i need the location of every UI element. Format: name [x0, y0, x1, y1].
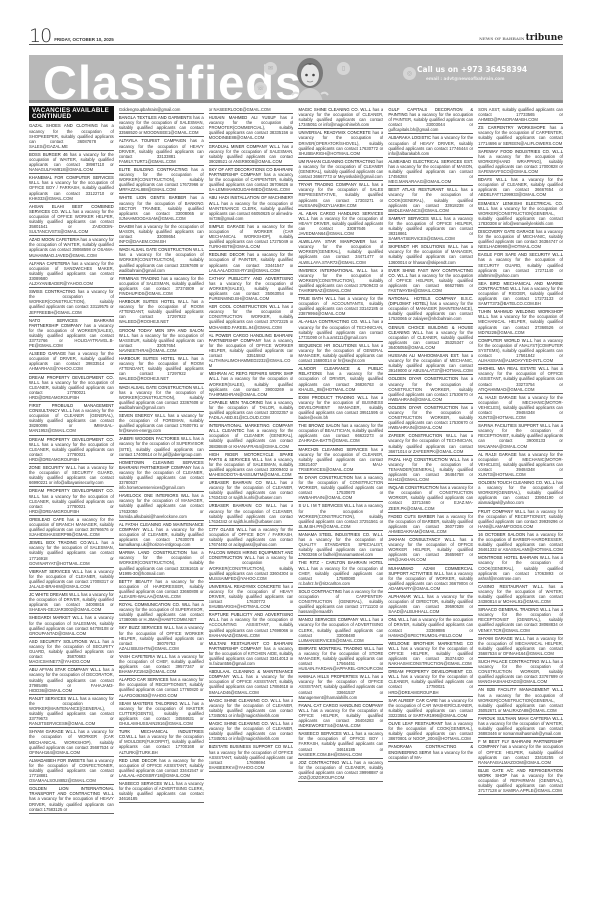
classified-ad: AN B2B FACILITY MANAGEMENT W.L.L has a v… — [478, 686, 563, 714]
classified-ad: HUSSAIN ALI MAHOOMASAN EST. has a vacanc… — [388, 352, 473, 375]
classified-ad: FIRST PROBUILD MANAGEMENT CONSULTANCY W.… — [29, 402, 114, 436]
classified-ad: NASEECO SERVICES W.L.L has a vacancy for… — [119, 780, 204, 803]
classified-ad: BLUE GATE A/C AND REFRIGERATION WORK SHO… — [478, 767, 563, 795]
classified-ad: ALSEED GARAGE has a vacancy for the occu… — [29, 350, 114, 373]
classified-ad: Goldengroupbahrain@gmail.com — [119, 106, 204, 114]
classified-ad: AL POWER CARGO HANDLING BAHRAINI PARTNER… — [209, 332, 294, 371]
classified-ad: TRUE BATH W.L.L has a vacancy for the oc… — [298, 295, 383, 318]
classified-ad: GOLDEN TOUCH CLEANING CO. W.L.L has a va… — [478, 479, 563, 507]
classified-ad: JEWEL BOX TRADING CO.W.L.L has a vacancy… — [29, 539, 114, 567]
email-text: email : advt@newsofbahrain.com — [426, 76, 505, 81]
classified-ad: REDLINE DECOR has a vacancy for the occu… — [209, 251, 294, 274]
classified-ad: RANJIT SERVICES W.L.L has a vacancy for … — [29, 695, 114, 729]
ad-body: has a vacancy for the occupation of OFFI… — [209, 338, 294, 368]
classified-ad: ABU AFYAN STAR COMPANY W.L.L has a vacan… — [29, 666, 114, 694]
classified-ad: NATO SERVICES BAHRAINI PARTNERSHIP COMPA… — [29, 317, 114, 351]
classified-ad: VIBRANT SERVICES W.L.L has a vacancy for… — [29, 568, 114, 591]
masthead-right: NEWS OF BAHRAINtribune — [281, 28, 563, 45]
classified-ad: DREAM PROPERTY DEVELOPMENT CO. W.L.L has… — [29, 374, 114, 402]
classified-ad: SKY BUZZ SERVICES W.L.L has a vacancy fo… — [119, 624, 204, 652]
phone-icon: ▯ — [337, 62, 350, 75]
classified-ad: EMIRATE MONTREAL TRADING W.L.L has a vac… — [298, 645, 383, 673]
banner-strip — [29, 100, 563, 103]
classified-ad: WELDONE BROTHER MARKETING CO W.L.L has a… — [388, 640, 473, 668]
classified-ad: GULF CAPITALS DECORATION & PAINTING has … — [388, 106, 473, 134]
classified-ad: ALFANA CAFETERIA has a vacancy for the o… — [29, 260, 114, 288]
masthead: 10 FRIDAY, OCTOBER 10, 2025 — [29, 28, 281, 45]
classified-ad: MAGIC SHINE CLEANING CO. W.L.L has a vac… — [209, 697, 294, 720]
column-4: MAGIC SHINE CLEANING CO. W.L.L has a vac… — [298, 106, 383, 881]
classified-ad: Fruit Company W.L.L has a vacancy for th… — [478, 508, 563, 531]
ad-body: has a vacancy for the occupation of WORK… — [119, 252, 204, 272]
classified-ad: TUHIN MAHMUD WELDING WORKSHOP W.L.L has … — [478, 308, 563, 336]
classified-ad: BANGLA TEXTILES AND GARMENTS has a vacan… — [119, 114, 204, 137]
classified-ad: GOLDEN LION INTERNATIONAL TRANSPORT AND … — [29, 785, 114, 813]
page-number: 10 — [29, 28, 51, 44]
classified-ad: HARBOUR SUITES HOTEL W.L.L has a vacancy… — [119, 298, 204, 326]
classified-ad: HUSAIN MAHMED ALI YUSUF has a vacancy fo… — [209, 114, 294, 142]
classified-ad: FALCON WINGS HIRING EQUIPMENT AND CONSTR… — [209, 549, 294, 583]
ad-body: has a vacancy for the occupation of HEAV… — [298, 216, 383, 236]
column-6: SON ASST, suitably qualified applicants … — [478, 106, 563, 881]
classified-ad: 16 OCTOBER SALOON has a vacancy for the … — [478, 531, 563, 554]
classified-ad: AER COOL CONSTRUCTION W.L.L has a vacanc… — [209, 303, 294, 331]
classified-ad: FAROUK SULTHAN MIAH CAFTERIA W.L.L has a… — [478, 715, 563, 738]
classified-ad: SAMRAT SERVICES W.L.L has a vacancy for … — [388, 215, 473, 243]
classified-ad: ZS CARPENTRY WORKSHOPE has a vacancy for… — [478, 124, 563, 147]
classified-ad: THE RITZ - CARLTON BAHRAIN HOTEL W.L.L h… — [298, 559, 383, 587]
classified-ad: ALTAYILA TOURIST CAMPAIGN has a vacancy … — [119, 137, 204, 165]
classifieds-columns: VACANCIES AVAILABLE CONTINUED GAZAL SHOE… — [29, 106, 563, 881]
classified-ad: AL RAJJI GARAGE has a vacancy for the oc… — [478, 451, 563, 479]
ad-body: has a vacancy for the occupation of WORK… — [119, 390, 204, 410]
column-1: VACANCIES AVAILABLE CONTINUED GAZAL SHOE… — [29, 106, 114, 881]
classified-ad: MARCH25 CLEANING SERVICES has a vacancy … — [298, 446, 383, 474]
classified-ad: Havelock One Interiors WLL has a vacancy… — [119, 492, 204, 520]
ad-body: has a vacancy for the occupation of ACCO… — [209, 617, 294, 637]
classified-ad: INQLAB CONSTRUCTION has a vacancy for th… — [388, 484, 473, 512]
ad-body: has a vacancy for the occupation of OFFI… — [388, 646, 473, 666]
classified-ad: WADI ALSAIL GATE CONSTRUCTION W.L.L has … — [119, 384, 204, 412]
call-text: Call us on +973 36458394 — [417, 65, 527, 74]
classified-ad: S U L I M T SERVICES W.L.L has a vacancy… — [298, 502, 383, 530]
classified-ad: SHEGARDI MARKET W.L.L has a vacancy for … — [29, 614, 114, 637]
classified-ad: FAWAL CAT CARGO HANDLING COMPANY W.L.L h… — [298, 702, 383, 730]
classified-ad: MUHAMMAD AZAM COMMERCIAL SUPPORT ACTIVIT… — [388, 565, 473, 593]
classified-ad: TRYAR TRADING COMPANY W.L.L has a vacanc… — [298, 181, 383, 209]
classified-ad: HAMALA HILLS PROPERTIES W.L.L has a vaca… — [298, 673, 383, 701]
classified-ad: SEA BIRD MECHANICAL AND MARINE CONTRACTI… — [478, 280, 563, 308]
classified-ad: ALPHANAR W.L.L has a vacancy for the occ… — [388, 593, 473, 616]
classified-ad: JAKHAN CONSULTANCY W.L.L has a vacancy f… — [388, 536, 473, 564]
classified-ad: SHYAM GARAGE W.L.L has a vacancy for the… — [478, 635, 563, 658]
classified-ad: FIRMINAS TRADING has a vacancy for the o… — [119, 275, 204, 298]
classified-ad: CITY GLASS W.L.L has a vacancy for the o… — [209, 526, 294, 549]
classified-ad: CATHAY PUBLICITY AND ADVERTISING has a v… — [209, 275, 294, 303]
classified-ad: ALAFDO CAR SERVICES has a vacancy for th… — [119, 676, 204, 699]
classified-ad: MEHRAN AC REFG REPAIRS WORK SHIP W.L.L h… — [209, 370, 294, 398]
web-icon: ◎ — [403, 67, 416, 80]
brand-logo: NEWS OF BAHRAINtribune — [479, 33, 563, 43]
classified-ad: SIMPLE GARAGE has a vacancy for the occu… — [209, 223, 294, 251]
classified-ad: DREAM PROPERTY DEVELOPMENT CO. W.L.L has… — [29, 487, 114, 515]
ad-body: SON ASST, suitably qualified applicants … — [478, 107, 563, 122]
ad-body: Goldengroupbahrain@gmail.com — [119, 107, 181, 112]
classified-ad: HIGH RIDER MOTORCYCLE SPARE PARTS & SERV… — [209, 451, 294, 479]
classified-ad: YASH CAFETERIA W.L.L has a vacancy for t… — [119, 653, 204, 676]
classified-ad: EAGLE FOR SAFE AND SECURITY W.L.L has a … — [478, 251, 563, 279]
column-2: Goldengroupbahrain@gmail.comBANGLA TEXTI… — [119, 106, 204, 881]
classified-ad: AZAD MOON CAFETERIA has a vacancy for th… — [29, 236, 114, 259]
classified-ad: SEQUENCE HR SOLUTIONS W.L.L has a vacanc… — [298, 342, 383, 365]
classifieds-banner: Classifieds ✉ ☏ ▯ ◎ Call us on +973 3645… — [29, 55, 563, 103]
ad-body: has a vacancy for the occupation of CLEA… — [29, 380, 114, 400]
classified-ad: FAZAL HAQ CONSTRUCTION W.L.L has a vacan… — [388, 456, 473, 484]
ad-body: has a vacancy for the occupation of MECH… — [478, 314, 563, 334]
classified-ad: OREILEAD CAFE has a vacancy for the occu… — [29, 516, 114, 539]
email-icon: ✉ — [264, 62, 277, 75]
classified-ad: BOSS BURGER 46 has a vacancy for the occ… — [29, 151, 114, 174]
ad-body: has a vacancy for the occupation of WORK… — [209, 376, 294, 396]
classified-ad: RED LINE DECOR has a vacancy for the occ… — [119, 757, 204, 780]
classified-ad: MULTANI RESTAURANT CO BAHRAINI PARTNERSH… — [209, 640, 294, 668]
classified-ad: INTERNATIONAL MARKETING COMPANY W.L.L CL… — [209, 422, 294, 450]
classified-ad: in Diyar construction has a vacancy for … — [298, 474, 383, 502]
ad-body: has a vacancy for the occupation of WORK… — [209, 281, 294, 301]
classified-ad: SAFINA FACILITIES SUPPORT W.L.L has a va… — [478, 422, 563, 450]
classified-ad: JC WHITE DREAMS W.L.L has a vacancy for … — [29, 591, 114, 614]
classified-ad: MANOJ SERVICES COMPANY W.L.L has a vacan… — [298, 616, 383, 644]
classified-ad: Royal Communication Co. WLL has a vacanc… — [119, 601, 204, 624]
whatsapp-icon: ☏ — [254, 82, 267, 95]
classified-ad: ZONE SECURITY W.L.L has a vacancy for th… — [29, 464, 114, 487]
classified-ad: UM RAHAN CLEANING CONTRACTING has a vaca… — [298, 158, 383, 181]
classified-ad: HOMETOWN CLEANING SERVICES BAHRAINI PART… — [119, 459, 204, 493]
classified-ad: RAPTURE PUBLICITY AND ADVERTISING W.L.L … — [209, 611, 294, 639]
classified-ad: INVEREX INTERNATIONAL W.L.L has a vacanc… — [298, 267, 383, 295]
ad-body: has a vacancy for the occupation of WORK… — [29, 696, 114, 726]
banner-title: Classifieds — [43, 58, 302, 103]
classified-ad: Swiss contracting has a vacancy for the … — [29, 288, 114, 316]
ad-body: has a vacancy for the occupation of WAIT… — [478, 721, 563, 736]
ad-body: or NASEERLOOE@GMAIL.COM — [209, 107, 271, 112]
classified-ad: CASINO RESTAURANT W.L.L has a vacancy fo… — [478, 583, 563, 606]
classified-ad: WHITE LION GENTS BARBER has a vacancy fo… — [119, 194, 204, 222]
advertiser-name: GOLDEN LION INTERNATIONAL TRANSPORT AND … — [29, 786, 114, 796]
ad-body: has a vacancy for the occupation of CLEA… — [29, 494, 114, 514]
brand-name: tribune — [526, 33, 563, 43]
classified-ad: JABERI WOODEN FACTORIES W.L.L has a vaca… — [119, 435, 204, 458]
classified-ad: AL HAJJI GARAGE has a vacancy for the oc… — [478, 394, 563, 422]
ad-body: has a vacancy for the occupation of OFFI… — [209, 750, 294, 770]
classified-ad: SHYAM GARAGE W.L.L has a vacancy for the… — [29, 728, 114, 756]
classified-ad: JOZ CONTRACTING W.L.L has a vacancy for … — [298, 759, 383, 782]
column-3: or NASEERLOOE@GMAIL.COMHUSAIN MAHMED ALI… — [209, 106, 294, 881]
classified-ad: EXIM PRODUCT TRADING W.L.L has a vacancy… — [298, 394, 383, 422]
ad-body: has a vacancy for the occupation of QUAL… — [298, 537, 383, 557]
classified-ad: Al fatah cleaning and Maintenance Compan… — [119, 521, 204, 549]
classified-ad: DREAM PROPERTY DEVELOPMENT CO. W.L.L has… — [29, 436, 114, 464]
classified-ad: AL ABAN CARGO HANDLING SERVICES W.L.L ha… — [298, 210, 383, 238]
classified-ad: GRADUAL MINER COMPANY W.L.L has a vacanc… — [209, 143, 294, 166]
classified-ad: DREAM PROPERTY DEVELOPMENT CO. W.L.L has… — [388, 668, 473, 696]
classified-ad: MANAMA STEEL INDUSTRIES CO. W.L.L has a … — [298, 531, 383, 559]
ad-body: has a vacancy for the occupation of SECU… — [478, 257, 563, 277]
classified-ad: BizState Business Support Co W.L.L has a… — [209, 743, 294, 771]
classified-ad: ALMADAIBEH FOR SWEETS has a vacancy for … — [29, 757, 114, 785]
ad-body: has a vacancy for the occupation of CHEF… — [298, 566, 383, 586]
classified-ad: MONTROSE HOTEL BAHRAIN W.L.L has a vacan… — [478, 554, 563, 582]
column-5: GULF CAPITALS DECORATION & PAINTING has … — [388, 106, 473, 881]
mascot-illustration — [291, 55, 329, 103]
classified-ad: SKY OF ART DECORATIONS CO BAHRAINI PARTN… — [209, 166, 294, 194]
classified-ad: WADI ALSAIL GATE CONSTRUCTION W.L.L has … — [119, 246, 204, 274]
classified-ad: ALWILLAYA STAR MANPOWER has a vacancy fo… — [298, 238, 383, 266]
classified-ad: or NASEERLOOE@GMAIL.COM — [209, 106, 294, 114]
classified-ad: TURK MECHANICAL INDUSTRIES CO.W.L.L has … — [119, 728, 204, 756]
classified-ad: KHANEMAL FOR COMPUTER SERVICES W.L.L has… — [29, 174, 114, 202]
section-header: VACANCIES AVAILABLE CONTINUED — [29, 106, 114, 121]
classified-ad: ALMEABAD ELECTRICAL SERVICES EST. has a … — [388, 158, 473, 186]
classified-ad: ONL W.L.L has a vacancy for the occupati… — [388, 616, 473, 639]
classified-ad: NASEECO SERVICES W.L.L has a vacancy for… — [298, 730, 383, 758]
ad-body: has a vacancy for the occupation of MASO… — [388, 164, 473, 184]
classified-ad: ESMAEILY LENKISHI ELECTRICAL CO. W.L.L h… — [478, 200, 563, 228]
ad-body: has a vacancy for the occupation of WORK… — [478, 154, 563, 174]
classified-ad: SUCH PALACE CONTRACTING W.L.L has a vaca… — [478, 658, 563, 686]
classified-ad: SHOHEL MIA REAL ESTATE W.L.L has a vacan… — [478, 365, 563, 393]
classified-ad: F M BEST FLY BAHRAINI PARTNERSHIP COMPAN… — [478, 738, 563, 766]
classified-ad: URBASER BAHRAIN CO W.L.L has a vacancy f… — [209, 502, 294, 525]
classified-ad: FADED CUTS BARBER has a vacancy for the … — [388, 513, 473, 536]
classified-ad: AHSAN ELAHI BEST COMBINED SERVICES CO. W… — [29, 203, 114, 237]
ad-body: has a vacancy for the occupation of HEAV… — [29, 796, 114, 811]
ad-body: has a vacancy for the occupation of OFFI… — [298, 708, 383, 728]
classified-ad: SIRAACO GENERAL TRADING W.L.L has a vaca… — [478, 606, 563, 634]
classified-ad: GROOM TODAY MEN SPA AND SALON W.L.L has … — [119, 327, 204, 355]
classified-ad: Golden Diyar construction has a vacancy … — [388, 404, 473, 432]
classified-ad: ABU HADI INSTALLATION OF MACHINERY W.L.L… — [209, 194, 294, 222]
ad-body: has a vacancy for the occupation of WORK… — [478, 693, 563, 713]
classified-ad: SEAM MASTERS TAILORING W.L.L has a vacan… — [119, 700, 204, 728]
ad-body: has a vacancy for the occupation of CLEA… — [388, 674, 473, 694]
classified-ad: MARWA LAND CONSTRUCTION has a vacancy fo… — [119, 549, 204, 577]
classified-ad: Seven Energy W.L.L has a vacancy for the… — [119, 412, 204, 435]
classified-ad: GENIUS CHOICE BUILDING & HOUSE CLEANING … — [388, 324, 473, 352]
classified-ad: NATIONAL HOTELS COMPANY B.S.C. (DIPLOMAT… — [388, 295, 473, 323]
ad-body: has a vacancy for the occupation of CLEA… — [29, 442, 114, 462]
classified-ad: SON ASST, suitably qualified applicants … — [478, 106, 563, 124]
classified-ad: ELITE BUILDING CONTRACTING has a vacancy… — [119, 166, 204, 194]
classified-ad: BEST ATLAS RESTURANT W.L.L has a vacancy… — [388, 186, 473, 214]
classified-ad: ALBARAKA LOGISTIC has a vacancy for the … — [388, 134, 473, 157]
classified-ad: BDAYS W.L.L has a vacancy for the occupa… — [478, 176, 563, 199]
classified-ad: URBASER BAHRAIN CO W.L.L has a vacancy f… — [209, 479, 294, 502]
classified-ad: AL-AHLIA CONTRACTING CO. W.L.L has a vac… — [298, 318, 383, 341]
classified-ad: UNIVERSAL READYMIX CONCRETE has a vacanc… — [209, 583, 294, 611]
classified-ad: THE BROWZ SALON has a vacancy for the oc… — [298, 422, 383, 445]
classified-ad: OLIVE LEAF RESTAURANT has a vacancy for … — [388, 720, 473, 743]
classified-ad: MAGIC SHINE CLEANING CO. W.L.L has a vac… — [298, 106, 383, 129]
classified-ad: CAPABLE MEN TAILORING has a vacancy for … — [209, 399, 294, 422]
ad-body: has a vacancy for the occupation of OFFI… — [29, 180, 114, 200]
issue-date: FRIDAY, OCTOBER 10, 2025 — [54, 37, 114, 42]
ad-body: has a vacancy for the occupation of MASS… — [119, 333, 204, 353]
classified-ad: Abdulaal Cleaning & Maintenance Company … — [209, 668, 294, 696]
classified-ad: Golden Diyar construction has a vacancy … — [388, 375, 473, 403]
classified-ad: SAFEWAY FOOD INDUSTRIES CO. W.L.L has a … — [478, 148, 563, 176]
classified-ad: ALNOOR CLEARANCE & PUBLIC RELATIONS has … — [298, 365, 383, 393]
classified-ad: SKIPENDT HR SOLUTIONS W.L.L has a vacanc… — [388, 243, 473, 266]
classified-ad: SOLO CONTRACTING has a vacancy for the o… — [298, 588, 383, 616]
classified-ad: PANORAMA CONTRACTING & ENGINEERING SERVI… — [388, 743, 473, 761]
classified-ad: MAGIC SHINE CLEANING CO. W.L.L has a vac… — [209, 720, 294, 743]
classified-ad: UNIVERSAL READYMIX CONCRETE has a vacanc… — [298, 129, 383, 157]
ad-body: has a vacancy for the occupation of WORK… — [478, 206, 563, 226]
classified-ad: ZAFEER CONSTRUCTION W.L.L has a vacancy … — [388, 432, 473, 455]
classified-ad: GAZAL SHOES AND CLOTHING has a vacancy f… — [29, 122, 114, 150]
classified-ad: DISCOVERY GATE GARAGE has a vacancy for … — [478, 228, 563, 251]
classified-ad: COMPUTER WORLD W.L.L has a vacancy for t… — [478, 337, 563, 365]
classified-ad: EVER SHINE FAST WAY CONTRACTING CO. W.L.… — [388, 267, 473, 295]
classified-ad: BETTY BEAUTY has a vacancy for the occup… — [119, 578, 204, 601]
classified-ad: DAAEM has a vacancy for the occupation o… — [119, 223, 204, 246]
classified-ad: SAR ALREEF CAR CARE has a vacancy for th… — [388, 697, 473, 720]
classified-ad: ASD SECURITY SOLUTIONS W.L.L has a vacan… — [29, 638, 114, 666]
brand-prefix: NEWS OF BAHRAIN — [479, 36, 524, 41]
ad-body: has a vacancy for the occupation of MAIN… — [209, 201, 294, 221]
classified-ad: HARBOUR SUITES HOTEL W.L.L has a vacancy… — [119, 355, 204, 383]
